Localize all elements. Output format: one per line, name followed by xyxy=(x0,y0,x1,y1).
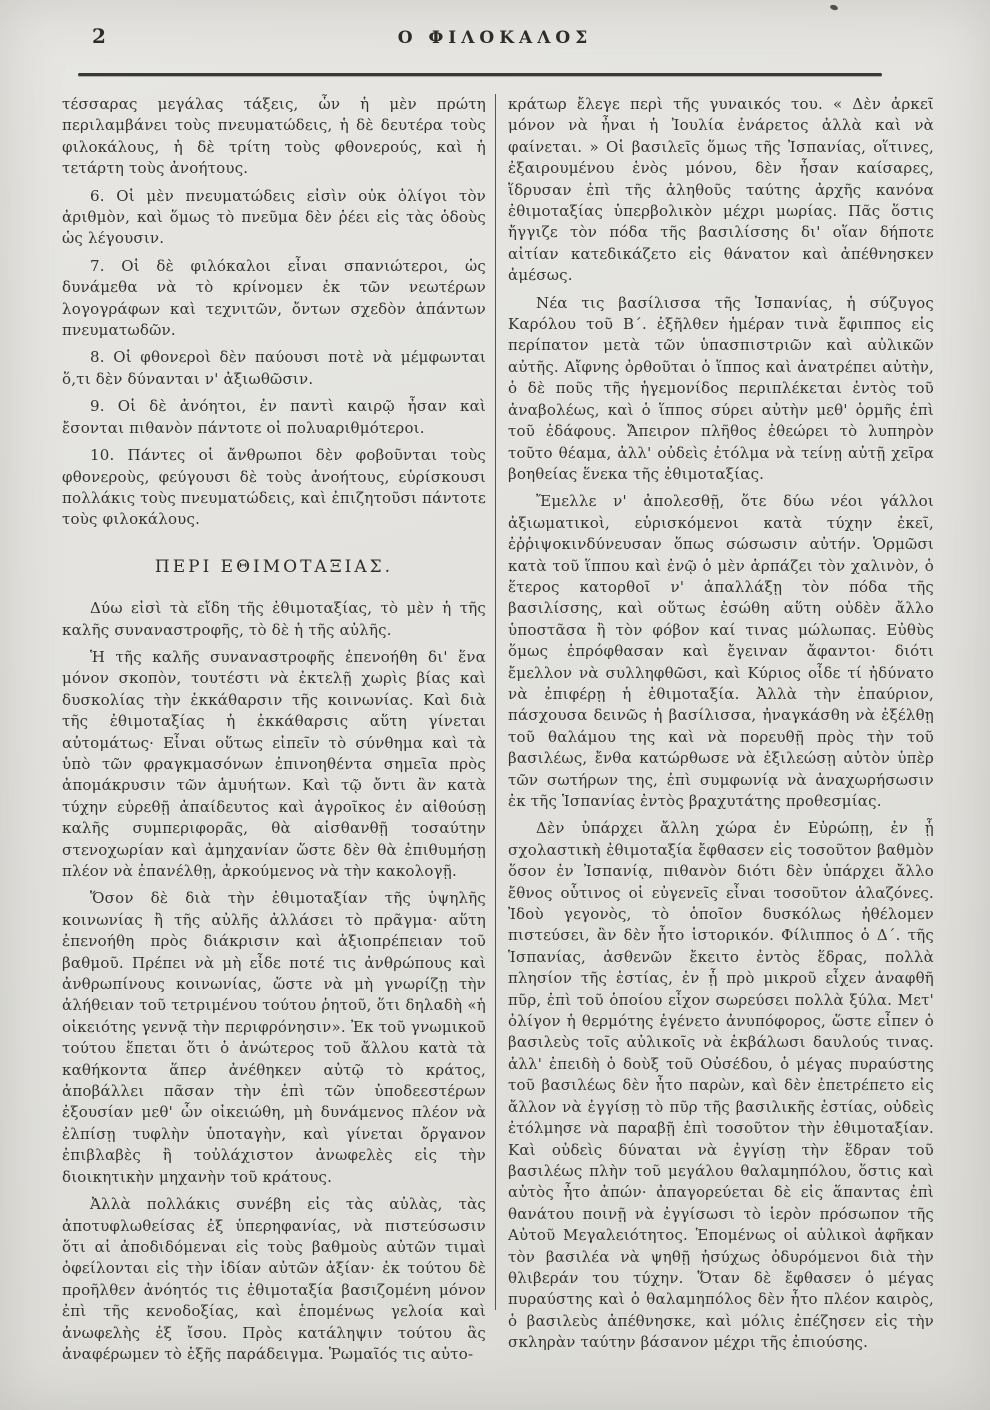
paragraph: κράτωρ ἔλεγε περὶ τῆς γυναικός του. « Δὲ… xyxy=(508,94,934,287)
section-heading: ΠΕΡΙ ΕΘΙΜΟΤΑΞΙΑΣ. xyxy=(62,557,486,578)
numbered-paragraph: 8. Οἱ φθονεροὶ δὲν παύουσι ποτὲ νὰ μέμφω… xyxy=(62,347,486,390)
column-divider xyxy=(495,94,496,1310)
text-columns: τέσσαρας μεγάλας τάξεις, ὧν ἡ μὲν πρώτη … xyxy=(62,94,934,1374)
paragraph: Ἀλλὰ πολλάκις συνέβη εἰς τὰς αὐλὰς, τὰς … xyxy=(62,1194,486,1365)
masthead-title: Ο ΦΙΛΟΚΑΛΟΣ xyxy=(0,28,990,48)
numbered-paragraph: 7. Οἱ δὲ φιλόκαλοι εἶναι σπανιώτεροι, ὡς… xyxy=(62,256,486,342)
newspaper-page: 2 Ο ΦΙΛΟΚΑΛΟΣ τέσσαρας μεγάλας τάξεις, ὧ… xyxy=(0,0,990,1410)
paragraph: Δὲν ὑπάρχει ἄλλη χώρα ἐν Εὐρώπῃ, ἐν ᾗ σχ… xyxy=(508,818,934,1353)
left-column: τέσσαρας μεγάλας τάξεις, ὧν ἡ μὲν πρώτη … xyxy=(62,94,486,1374)
paragraph: Δύω εἰσὶ τὰ εἴδη τῆς ἐθιμοταξίας, τὸ μὲν… xyxy=(62,598,486,641)
paragraph: Νέα τις βασίλισσα τῆς Ἰσπανίας, ἡ σύζυγο… xyxy=(508,293,934,486)
paragraph: Ἔμελλε ν' ἀπολεσθῇ, ὅτε δύω νέοι γάλλοι … xyxy=(508,491,934,812)
ink-speck xyxy=(829,4,838,11)
numbered-paragraph: 6. Οἱ μὲν πνευματώδεις εἰσὶν οὐκ ὀλίγοι … xyxy=(62,186,486,250)
header-rule xyxy=(78,73,882,76)
numbered-paragraph: 9. Οἱ δὲ ἀνόητοι, ἐν παντὶ καιρῷ ἦσαν κα… xyxy=(62,396,486,439)
numbered-paragraph: 10. Πάντες οἱ ἄνθρωποι δὲν φοβοῦνται τοὺ… xyxy=(62,445,486,531)
paragraph: Ὅσον δὲ διὰ τὴν ἐθιμοταξίαν τῆς ὑψηλῆς κ… xyxy=(62,888,486,1188)
right-column: κράτωρ ἔλεγε περὶ τῆς γυναικός του. « Δὲ… xyxy=(508,94,934,1374)
paragraph: τέσσαρας μεγάλας τάξεις, ὧν ἡ μὲν πρώτη … xyxy=(62,94,486,180)
paragraph: Ἡ τῆς καλῆς συναναστροφῆς ἐπενοήθη δι' ἕ… xyxy=(62,647,486,882)
